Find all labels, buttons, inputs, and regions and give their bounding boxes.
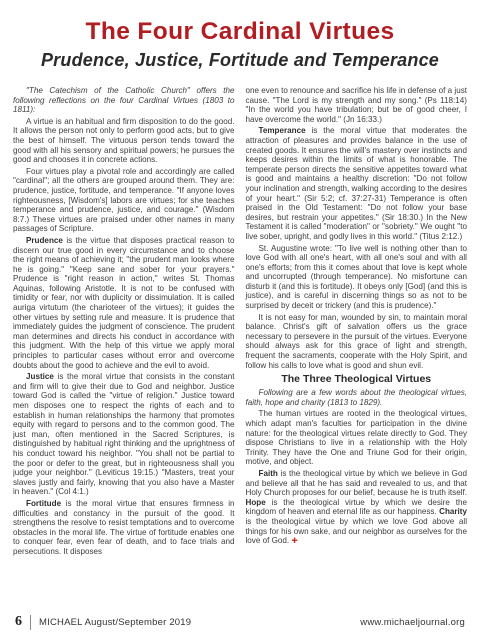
- left-column: "The Catechism of the Catholic Church" o…: [13, 86, 235, 610]
- page-title: The Four Cardinal Virtues: [0, 18, 480, 46]
- virtue-lead-word: Justice: [26, 372, 54, 381]
- paragraph: Four virtues play a pivotal role and acc…: [13, 167, 235, 234]
- article-body: "The Catechism of the Catholic Church" o…: [13, 86, 467, 610]
- paragraph: A virtue is an habitual and firm disposi…: [13, 117, 235, 165]
- paragraph: Justice is the moral virtue that consist…: [13, 372, 235, 497]
- section-heading: The Three Theological Virtues: [246, 373, 468, 386]
- virtue-lead-word: Prudence: [26, 236, 63, 245]
- virtue-lead-word: Hope: [246, 498, 266, 507]
- paragraph: one even to renounce and sacrifice his l…: [246, 86, 468, 124]
- page-footer: 6 MICHAEL August/September 2019 www.mich…: [15, 614, 465, 630]
- paragraph: Temperance is the moral virtue that mode…: [246, 126, 468, 241]
- virtue-lead-word: Faith: [259, 469, 278, 478]
- page-subtitle: Prudence, Justice, Fortitude and Tempera…: [0, 50, 480, 71]
- paragraph: St. Augustine wrote: "To live well is no…: [246, 244, 468, 311]
- journal-name-and-date: MICHAEL August/September 2019: [39, 617, 191, 628]
- paragraph: The human virtues are rooted in the theo…: [246, 409, 468, 467]
- virtue-lead-word: Charity: [439, 507, 467, 516]
- website-url: www.michaeljournal.org: [360, 617, 465, 628]
- virtue-lead-word: Temperance: [259, 126, 306, 135]
- virtue-lead-word: Fortitude: [26, 499, 61, 508]
- paragraph: Faith is the theological virtue by which…: [246, 469, 468, 546]
- magazine-page: The Four Cardinal Virtues Prudence, Just…: [0, 0, 480, 642]
- paragraph: Prudence is the virtue that disposes pra…: [13, 236, 235, 370]
- article-header: The Four Cardinal Virtues Prudence, Just…: [0, 18, 480, 71]
- end-of-article-cross-icon: ✚: [291, 536, 297, 545]
- footer-left: 6 MICHAEL August/September 2019: [15, 614, 191, 630]
- right-column: one even to renounce and sacrifice his l…: [246, 86, 468, 610]
- page-number: 6: [15, 614, 22, 630]
- paragraph: Fortitude is the moral virtue that ensur…: [13, 499, 235, 557]
- paragraph: "The Catechism of the Catholic Church" o…: [13, 86, 235, 115]
- paragraph: It is not easy for man, wounded by sin, …: [246, 313, 468, 371]
- footer-divider: [30, 615, 31, 630]
- paragraph: Following are a few words about the theo…: [246, 388, 468, 407]
